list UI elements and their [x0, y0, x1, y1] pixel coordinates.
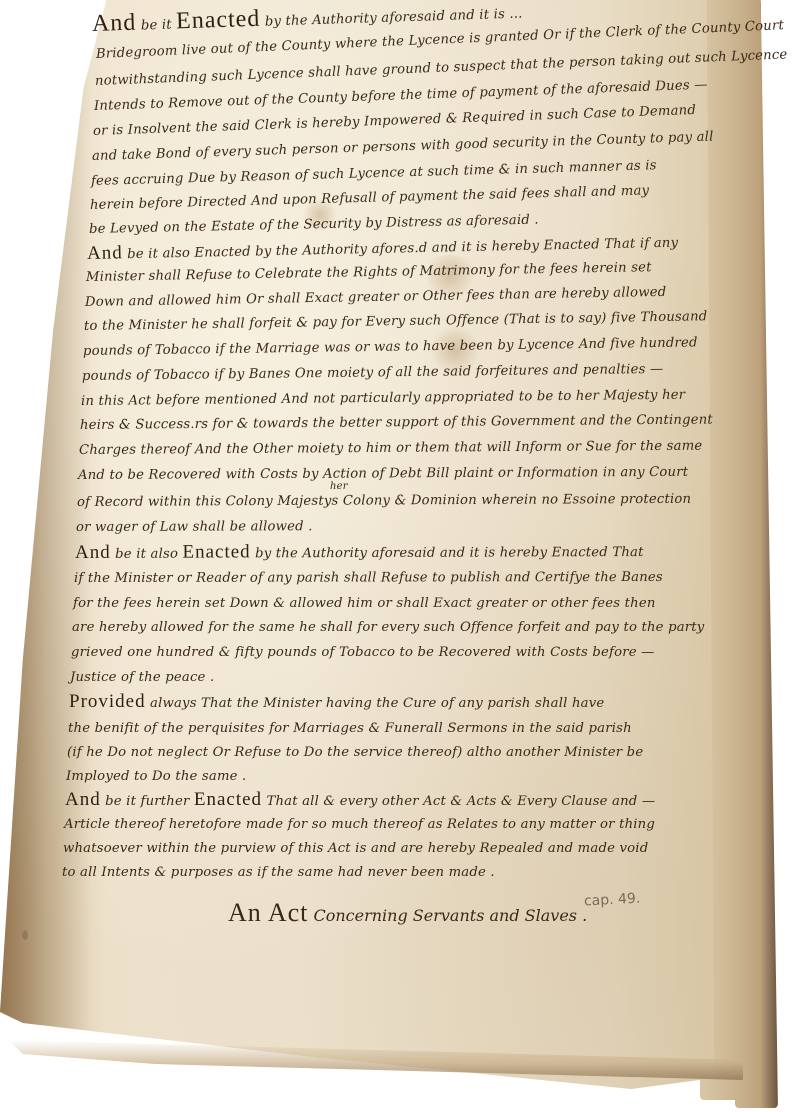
- act-title-block: An Act Concerning Servants and Slaves . …: [0, 0, 795, 1112]
- act-heading: An Act: [228, 898, 308, 927]
- act-subject: Concerning Servants and Slaves .: [313, 906, 587, 925]
- act-title: An Act Concerning Servants and Slaves .: [228, 898, 587, 928]
- manuscript-photo: And be it Enacted by the Authority afore…: [0, 0, 795, 1112]
- chapter-pencil-note: cap. 49.: [584, 891, 641, 910]
